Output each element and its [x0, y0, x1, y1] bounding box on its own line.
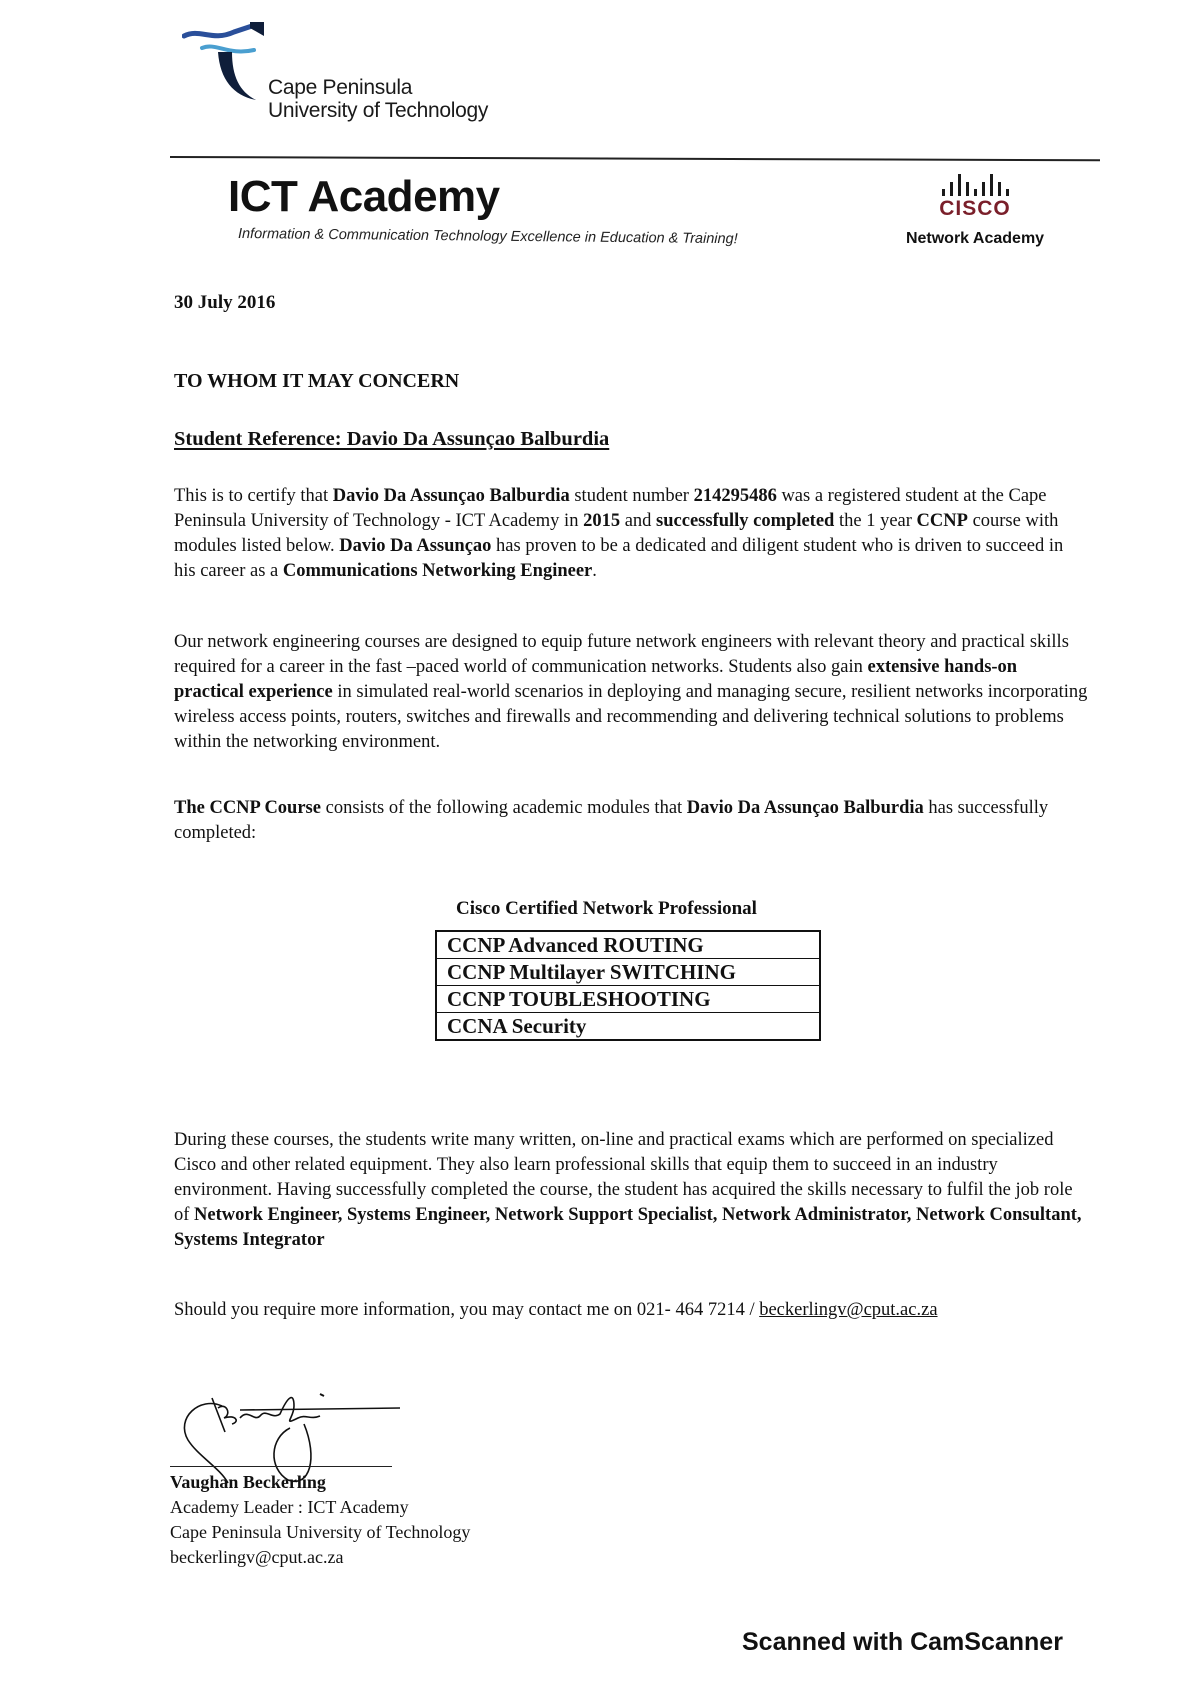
paragraph-contact: Should you require more information, you… [174, 1298, 1089, 1323]
university-name-line1: Cape Peninsula [268, 76, 488, 99]
university-name: Cape Peninsula University of Technology [268, 76, 488, 122]
text-run: student number [570, 486, 694, 506]
text-run: This is to certify that [174, 486, 333, 506]
academy-title: ICT Academy [228, 172, 500, 222]
bold-text-run: 2015 [583, 511, 620, 531]
module-name: CCNP TOUBLESHOOTING [436, 986, 820, 1013]
paragraph-course-description: Our network engineering courses are desi… [174, 630, 1089, 755]
bold-text-run: Network Engineer, Systems Engineer, Netw… [174, 1205, 1082, 1250]
bold-text-run: 214295486 [694, 486, 777, 506]
bold-text-run: CCNP [917, 511, 968, 531]
module-row: CCNP TOUBLESHOOTING [436, 986, 820, 1013]
module-name: CCNP Advanced ROUTING [436, 931, 820, 959]
paragraph-exams-and-roles: During these courses, the students write… [174, 1128, 1089, 1253]
bold-text-run: Davio Da Assunçao Balburdia [333, 486, 570, 506]
salutation: TO WHOM IT MAY CONCERN [174, 370, 459, 393]
module-row: CCNA Security [436, 1013, 820, 1041]
contact-text: Should you require more information, you… [174, 1300, 759, 1320]
paragraph-certification: This is to certify that Davio Da Assunça… [174, 484, 1089, 584]
contact-email-link[interactable]: beckerlingv@cput.ac.za [759, 1300, 937, 1320]
text-run: consists of the following academic modul… [321, 798, 687, 818]
module-row: CCNP Multilayer SWITCHING [436, 959, 820, 986]
signatory-title: Academy Leader : ICT Academy [170, 1495, 470, 1520]
signature-line [170, 1466, 392, 1467]
camscanner-watermark: Scanned with CamScanner [742, 1628, 1063, 1657]
bold-text-run: The CCNP Course [174, 798, 321, 818]
text-run: . [592, 561, 597, 581]
bold-text-run: Davio Da Assunçao [339, 536, 491, 556]
cisco-network-academy: Network Academy [880, 230, 1070, 248]
cput-logo-icon [182, 22, 272, 102]
paragraph-modules-intro: The CCNP Course consists of the followin… [174, 796, 1089, 846]
text-run: and [620, 511, 656, 531]
cisco-wordmark: CISCO [880, 196, 1070, 222]
modules-table: CCNP Advanced ROUTINGCCNP Multilayer SWI… [435, 930, 821, 1041]
module-name: CCNP Multilayer SWITCHING [436, 959, 820, 986]
academy-tagline: Information & Communication Technology E… [238, 226, 738, 247]
module-name: CCNA Security [436, 1013, 820, 1041]
module-row: CCNP Advanced ROUTING [436, 931, 820, 959]
signatory-block: Vaughan Beckerling Academy Leader : ICT … [170, 1470, 470, 1570]
signatory-name: Vaughan Beckerling [170, 1470, 470, 1495]
bold-text-run: successfully completed [656, 511, 834, 531]
text-run: the 1 year [834, 511, 916, 531]
signatory-email: beckerlingv@cput.ac.za [170, 1545, 470, 1570]
modules-heading: Cisco Certified Network Professional [456, 898, 757, 920]
university-name-line2: University of Technology [268, 99, 488, 122]
student-reference: Student Reference: Davio Da Assunçao Bal… [174, 428, 609, 451]
header-divider [170, 156, 1100, 161]
cisco-logo: CISCO Network Academy [880, 172, 1070, 248]
letter-date: 30 July 2016 [174, 292, 275, 314]
bold-text-run: Davio Da Assunçao Balburdia [687, 798, 924, 818]
bold-text-run: Communications Networking Engineer [283, 561, 592, 581]
signatory-institution: Cape Peninsula University of Technology [170, 1520, 470, 1545]
cisco-bars-icon [880, 172, 1070, 196]
